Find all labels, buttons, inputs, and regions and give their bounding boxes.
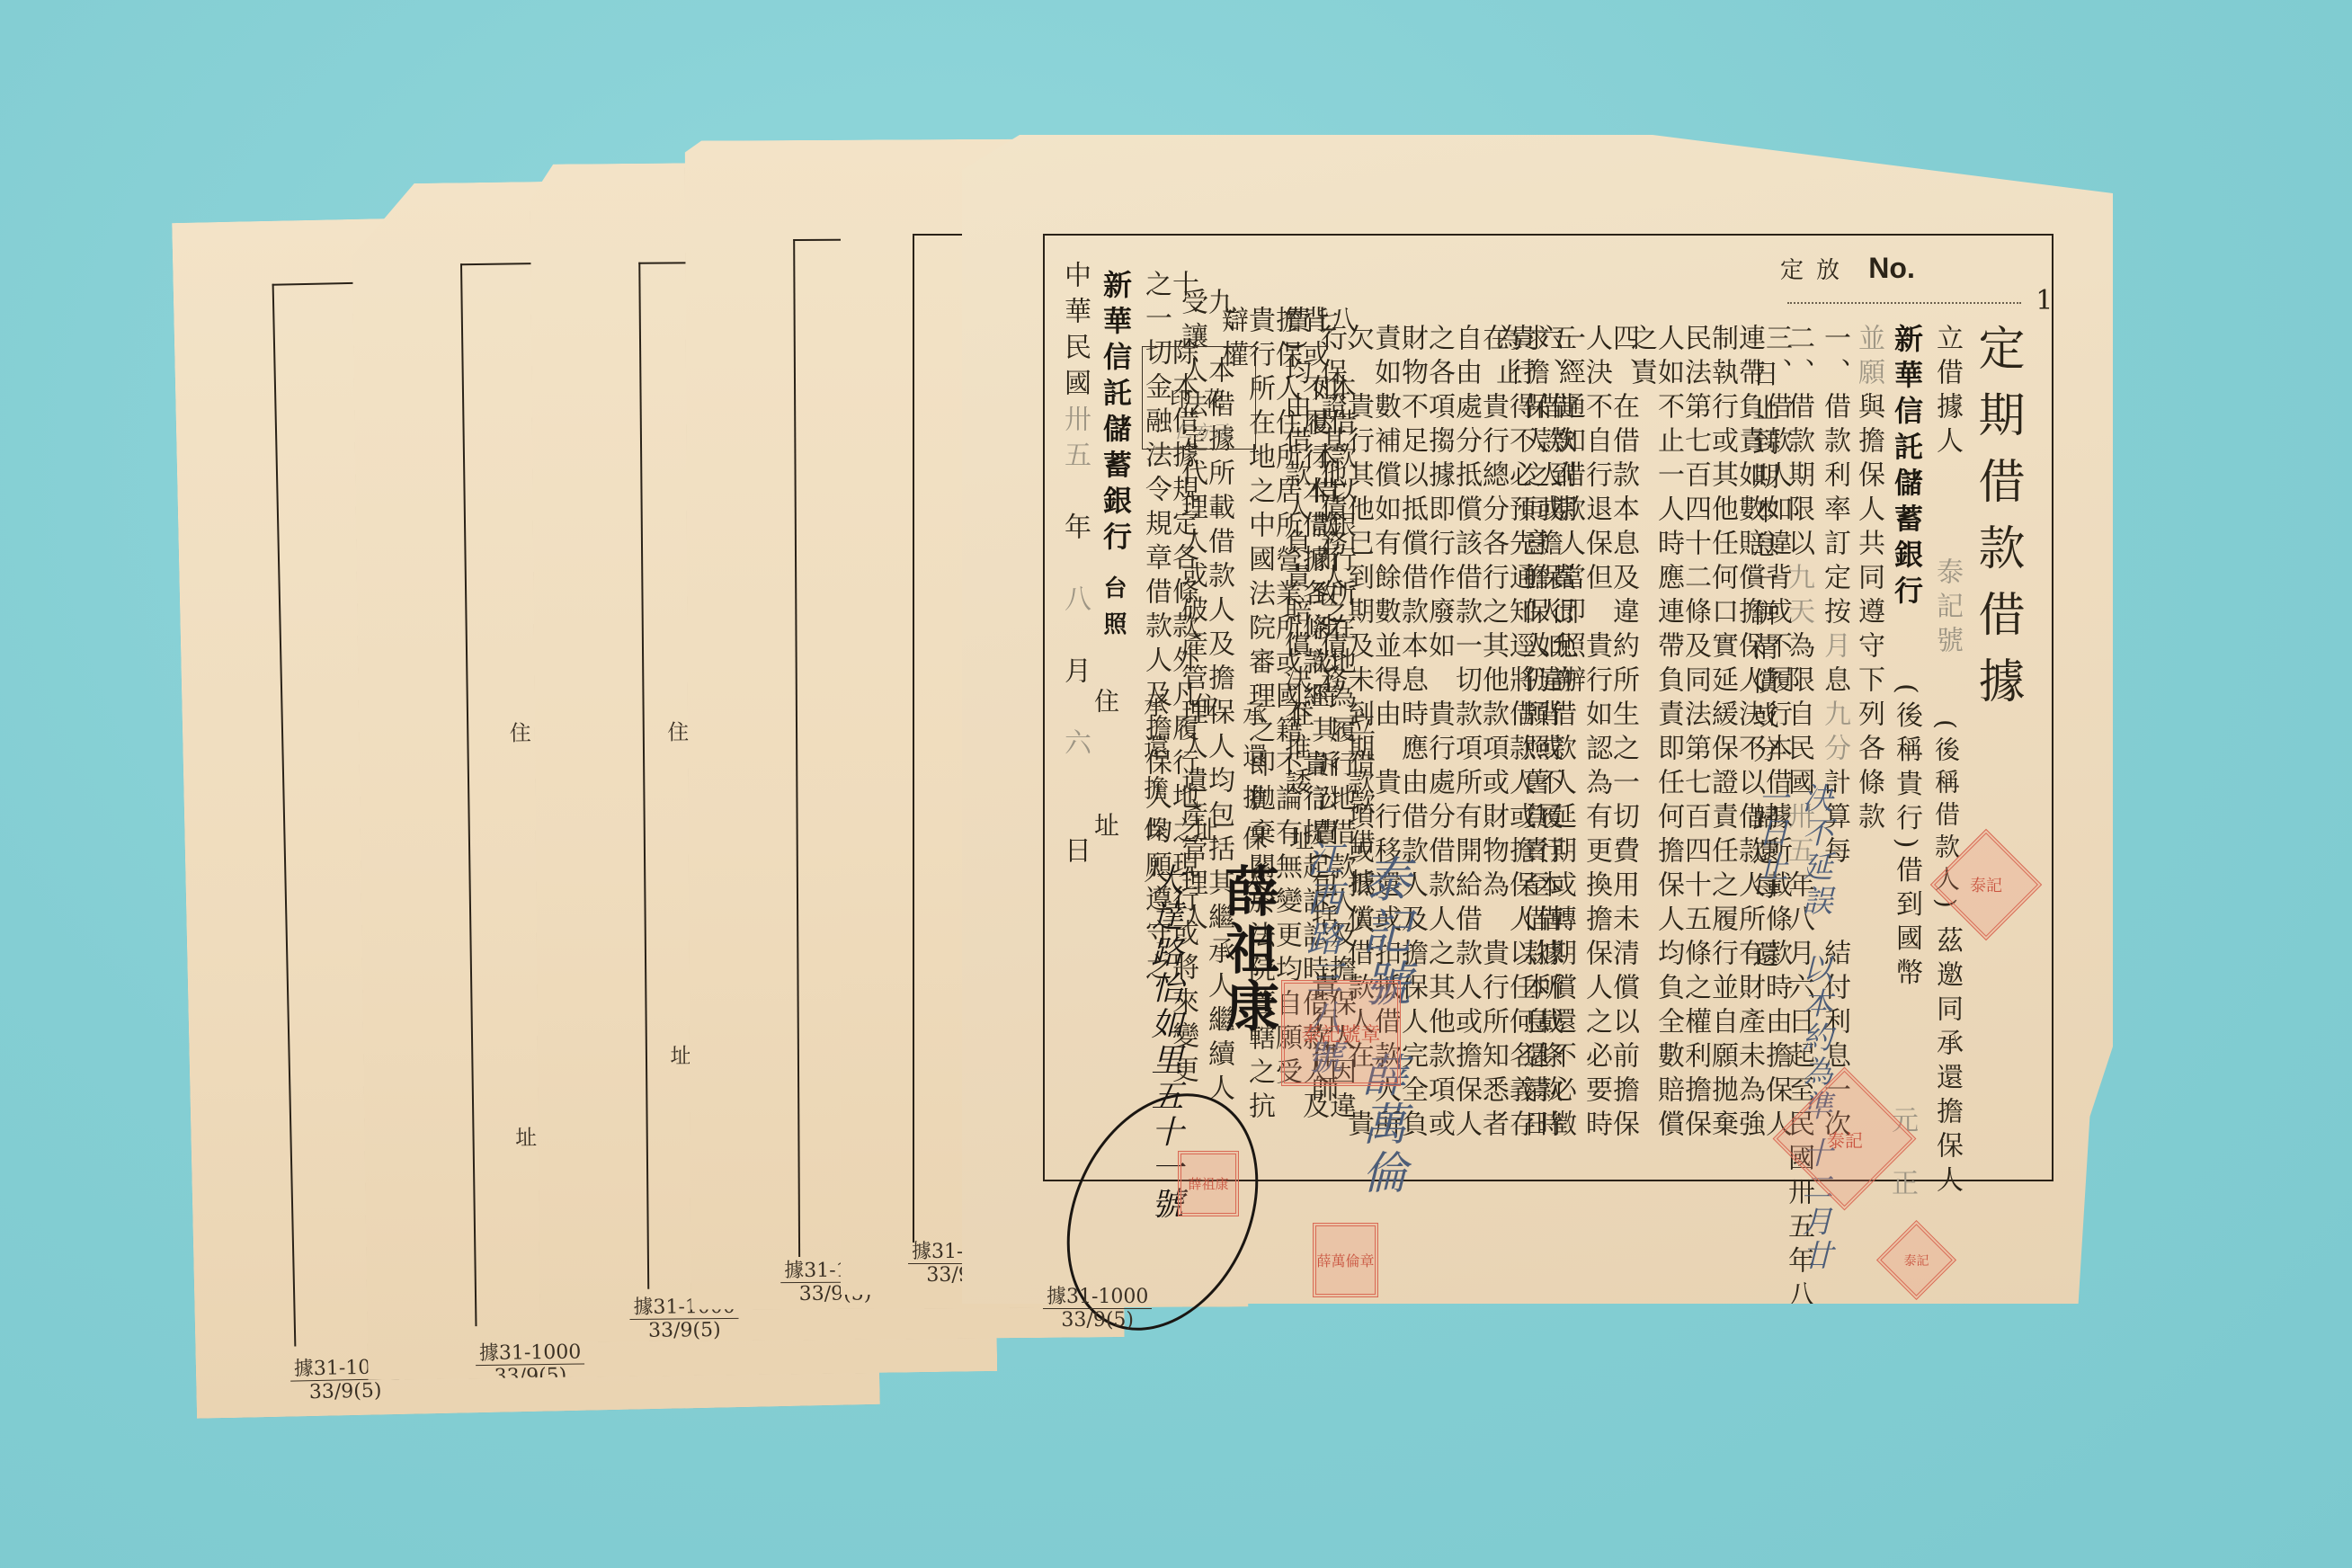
addressee-suffix: 台照 [1101,575,1125,647]
signature-area: 立借款借據人 住址 承還擔保人 住址 承還擔保人 住址 泰記號 江西路三八號 薛… [1052,683,1412,1295]
address-label: 住 [503,721,534,748]
bank-suffix: (後稱貴行)借到國幣 [1893,683,1920,992]
addressee-bank: 新華信託儲蓄銀行 [1101,270,1130,557]
signer-name-guarantor-2: 薛祖康 [1209,863,1287,1036]
agree-text: 與擔保人共同遵守下列各條款 [1853,392,1884,836]
agree-prefix: 並願 [1853,324,1884,392]
revenue-stamp-note: 仁方元 [1174,417,1228,443]
revenue-stamp-label: 印花 [1170,381,1238,413]
seal-borrower-icon: 泰記號章 [1281,980,1401,1086]
seal-due-icon: 泰記 [1876,1220,1956,1300]
address-label-2: 址 [508,1126,539,1153]
contract-title: 定期借款借據 [1973,324,2020,723]
seal-guarantor-1-icon: 薛萬倫章 [1313,1223,1378,1297]
handwritten-due-note: 決不延誤 以本約為準 十二月廿一日止 [1749,782,1837,1304]
revenue-stamp-box: 印花 仁方元 [1142,346,1256,450]
bank-name-header: 新華信託儲蓄銀行 [1893,324,1921,611]
amount-end: 正 [1888,1169,1915,1203]
front-form-number: 據31-1000 33/9(5) [1043,1286,1152,1332]
borrower-label: 立借據人 [1933,324,1960,460]
borrower-name-filled: 泰記號 [1933,557,1960,660]
invite-guarantor: 茲邀同承還擔保人 [1933,926,1960,1199]
signer-address-label-3: 住址 [1092,688,1118,936]
agree-clause: 並願與擔保人共同遵守下列各條款 [1855,324,1882,836]
address-label: 住 [661,720,692,747]
